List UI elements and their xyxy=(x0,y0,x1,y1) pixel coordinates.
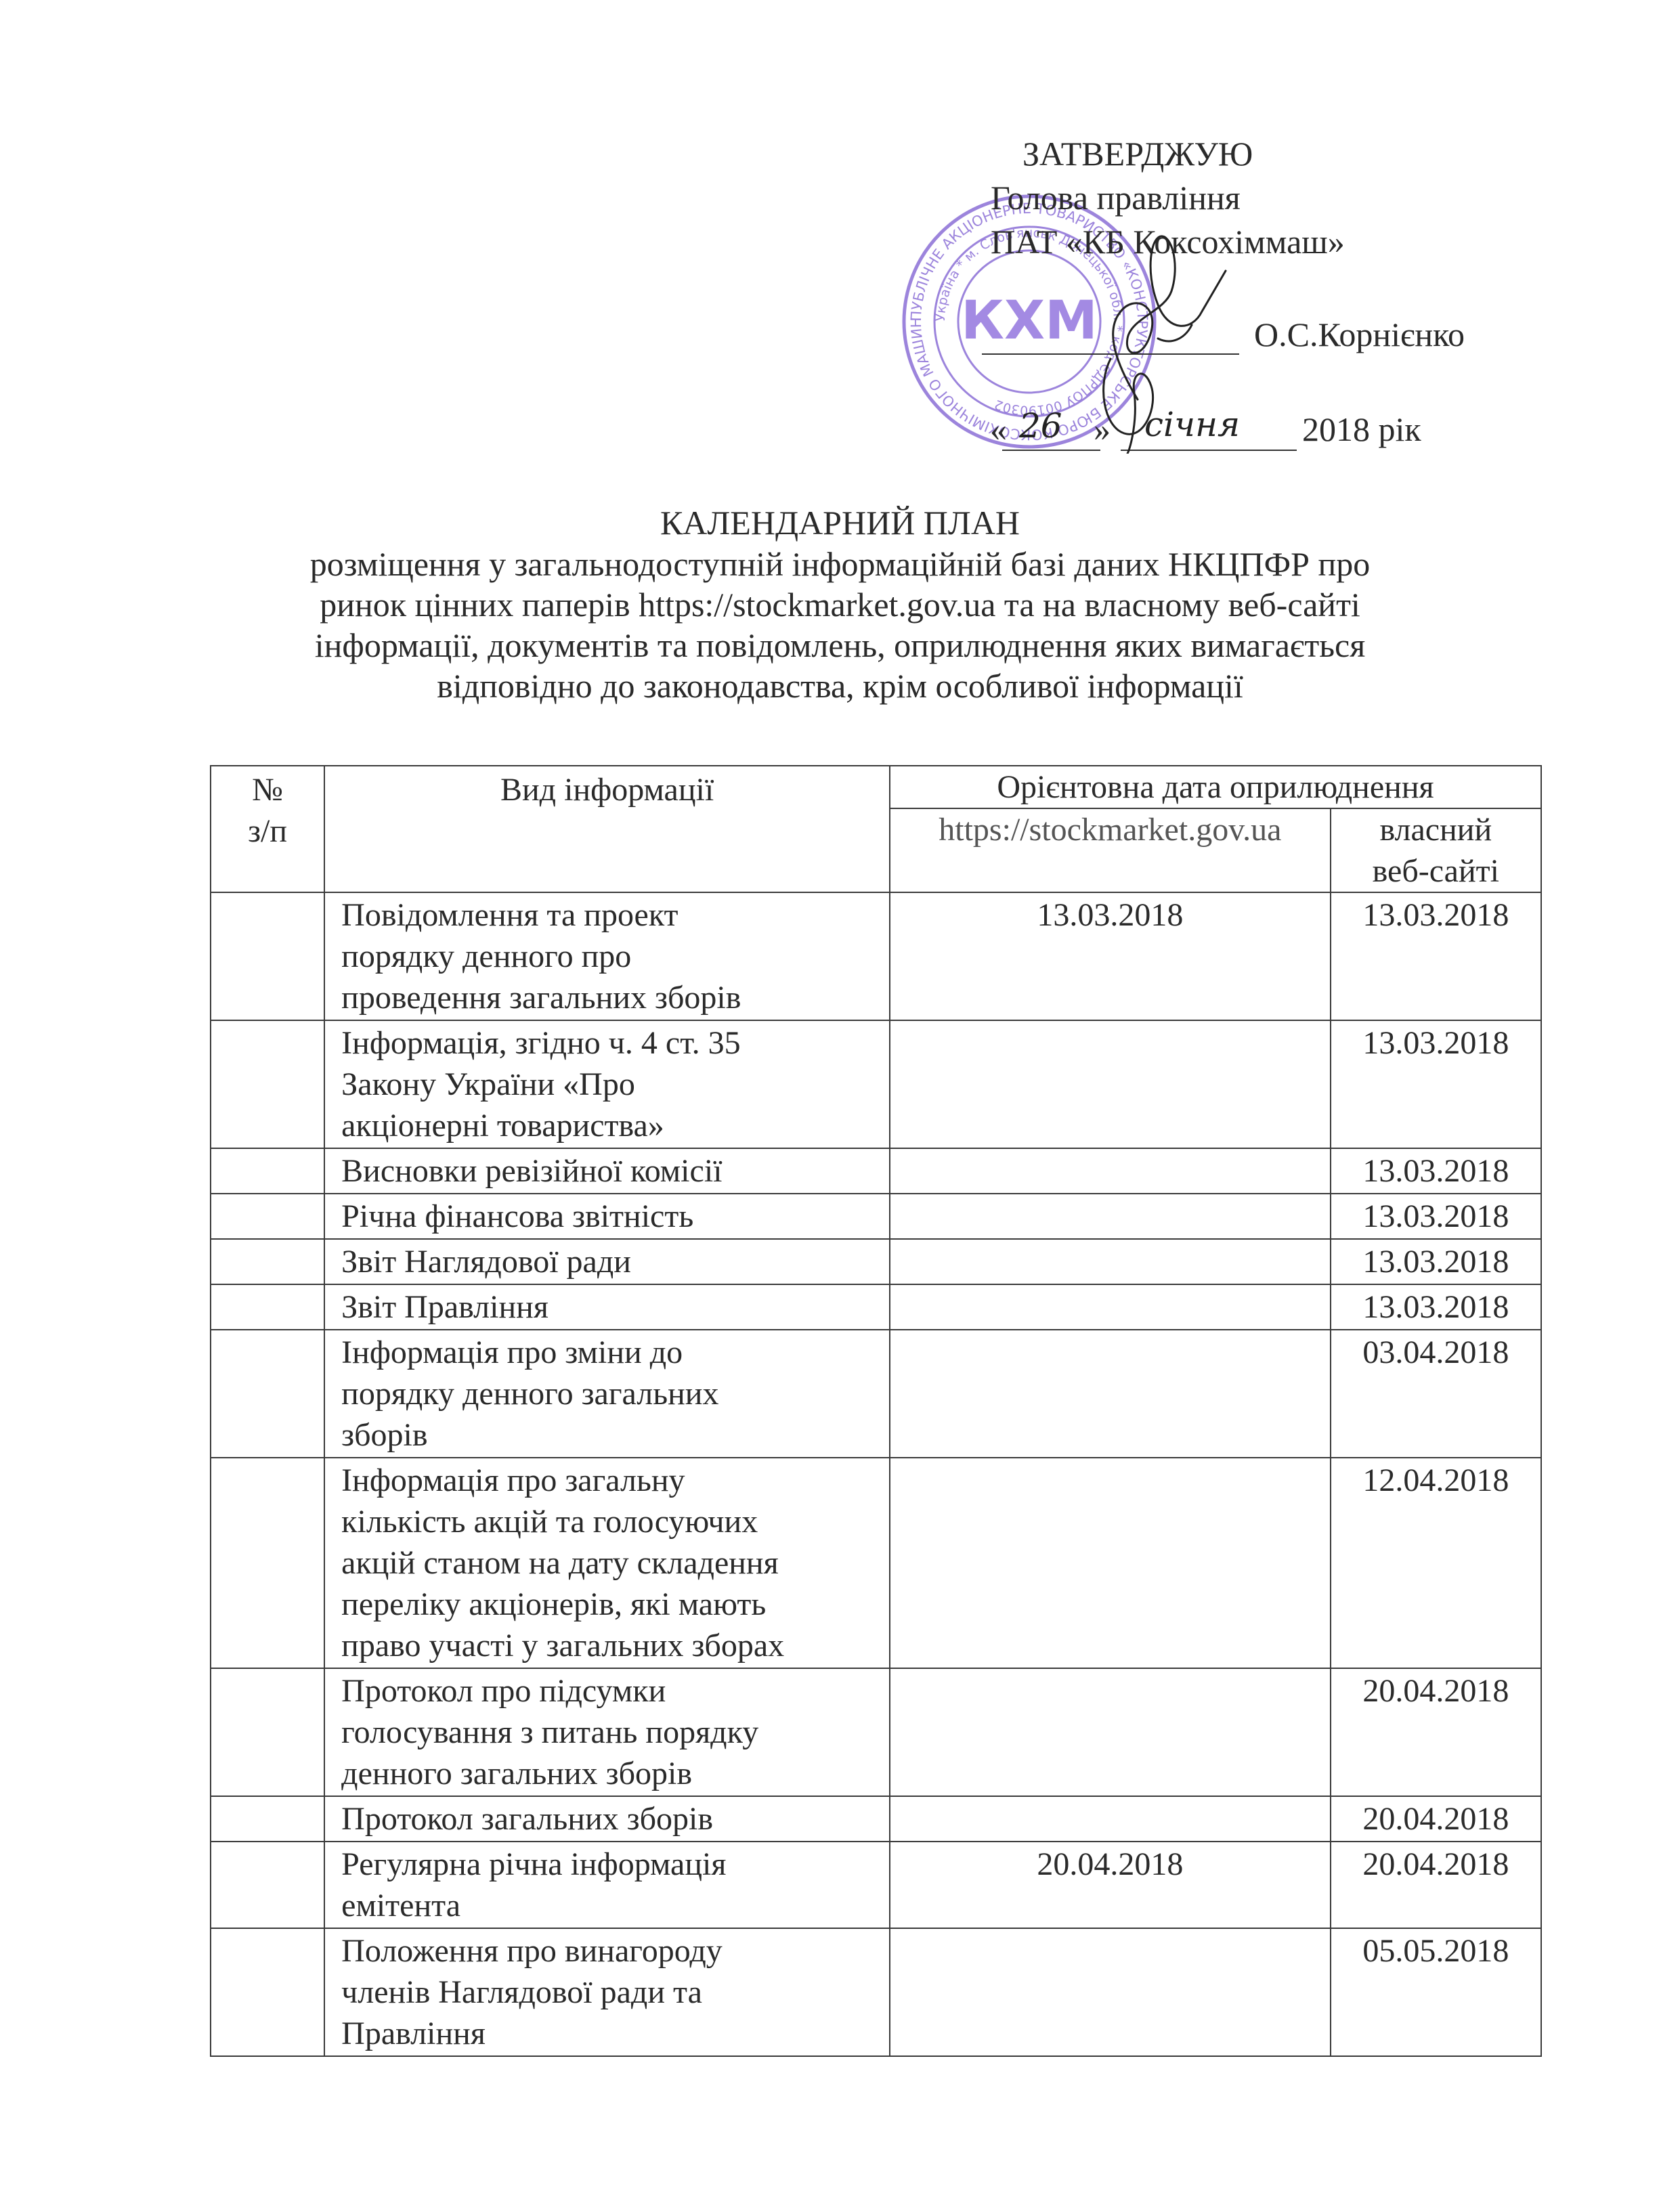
calendar-plan-table: № з/п Вид інформації Орієнтовна дата опр… xyxy=(210,765,1542,2057)
header-number-line2: з/п xyxy=(211,810,324,852)
cell-info-type-line: акціонерні товариства» xyxy=(341,1105,889,1146)
cell-info-type: Звіт Наглядової ради xyxy=(324,1239,890,1284)
table-row: Інформація про зміни допорядку денного з… xyxy=(211,1330,1541,1458)
table-row: Звіт Наглядової ради13.03.2018 xyxy=(211,1239,1541,1284)
cell-own-site-date: 20.04.2018 xyxy=(1331,1796,1541,1842)
cell-info-type-line: денного загальних зборів xyxy=(341,1753,889,1794)
cell-info-type: Протокол загальних зборів xyxy=(324,1796,890,1842)
cell-own-site-date: 13.03.2018 xyxy=(1331,892,1541,1020)
header-number-line1: № xyxy=(211,766,324,810)
table-row: Положення про винагородучленів Наглядово… xyxy=(211,1928,1541,2056)
cell-own-site-date: 13.03.2018 xyxy=(1331,1284,1541,1330)
table-row: Звіт Правління13.03.2018 xyxy=(211,1284,1541,1330)
cell-number xyxy=(211,892,324,1020)
cell-info-type-line: Висновки ревізійної комісії xyxy=(341,1150,889,1192)
cell-info-type: Регулярна річна інформаціяемітента xyxy=(324,1842,890,1928)
header-own-site-line1: власний xyxy=(1331,809,1541,850)
cell-info-type: Інформація про зміни допорядку денного з… xyxy=(324,1330,890,1458)
cell-own-site-date: 20.04.2018 xyxy=(1331,1842,1541,1928)
cell-info-type-line: порядку денного загальних xyxy=(341,1373,889,1414)
cell-info-type: Інформація про загальнукількість акцій т… xyxy=(324,1458,890,1668)
document-subtitle-line-3: інформації, документів та повідомлень, о… xyxy=(0,625,1680,666)
cell-number xyxy=(211,1796,324,1842)
cell-info-type-line: порядку денного про xyxy=(341,936,889,977)
cell-number xyxy=(211,1928,324,2056)
date-year: 2018 рік xyxy=(1302,409,1421,450)
cell-own-site-date: 05.05.2018 xyxy=(1331,1928,1541,2056)
document-subtitle-line-4: відповідно до законодавства, крім особли… xyxy=(0,666,1680,706)
cell-info-type-line: Інформація, згідно ч. 4 ст. 35 xyxy=(341,1022,889,1064)
document-title: КАЛЕНДАРНИЙ ПЛАН xyxy=(0,502,1680,543)
cell-info-type-line: Повідомлення та проект xyxy=(341,894,889,936)
cell-info-type-line: акцій станом на дату складення xyxy=(341,1542,889,1584)
cell-number xyxy=(211,1330,324,1458)
cell-number xyxy=(211,1020,324,1148)
cell-stockmarket-date: 13.03.2018 xyxy=(890,892,1331,1020)
date-open-quote: « xyxy=(990,409,1007,450)
cell-stockmarket-date: 20.04.2018 xyxy=(890,1842,1331,1928)
cell-info-type: Висновки ревізійної комісії xyxy=(324,1148,890,1194)
table-row: Висновки ревізійної комісії13.03.2018 xyxy=(211,1148,1541,1194)
header-own-site-line2: веб-сайті xyxy=(1331,850,1541,892)
cell-number xyxy=(211,1284,324,1330)
cell-info-type-line: право участі у загальних зборах xyxy=(341,1625,889,1666)
table-row: Річна фінансова звітність13.03.2018 xyxy=(211,1194,1541,1239)
cell-info-type-line: Регулярна річна інформація xyxy=(341,1844,889,1885)
cell-info-type: Інформація, згідно ч. 4 ст. 35Закону Укр… xyxy=(324,1020,890,1148)
cell-own-site-date: 13.03.2018 xyxy=(1331,1148,1541,1194)
table-row: Повідомлення та проектпорядку денного пр… xyxy=(211,892,1541,1020)
document-subtitle-line-1: розміщення у загальнодоступній інформаці… xyxy=(0,544,1680,584)
cell-info-type: Положення про винагородучленів Наглядово… xyxy=(324,1928,890,2056)
cell-stockmarket-date xyxy=(890,1330,1331,1458)
cell-info-type: Повідомлення та проектпорядку денного пр… xyxy=(324,892,890,1020)
cell-stockmarket-date xyxy=(890,1458,1331,1668)
cell-info-type-line: Річна фінансова звітність xyxy=(341,1196,889,1237)
cell-stockmarket-date xyxy=(890,1284,1331,1330)
table-row: Інформація, згідно ч. 4 ст. 35Закону Укр… xyxy=(211,1020,1541,1148)
cell-number xyxy=(211,1148,324,1194)
cell-info-type-line: переліку акціонерів, які мають xyxy=(341,1584,889,1625)
cell-info-type-line: Правління xyxy=(341,2013,889,2054)
cell-stockmarket-date xyxy=(890,1148,1331,1194)
cell-stockmarket-date xyxy=(890,1020,1331,1148)
cell-info-type-line: емітента xyxy=(341,1885,889,1926)
cell-info-type-line: членів Наглядової ради та xyxy=(341,1972,889,2013)
cell-number xyxy=(211,1239,324,1284)
table-row: Регулярна річна інформаціяемітента20.04.… xyxy=(211,1842,1541,1928)
header-number: № з/п xyxy=(211,766,324,892)
cell-stockmarket-date xyxy=(890,1796,1331,1842)
approval-heading: ЗАТВЕРДЖУЮ xyxy=(1022,133,1253,174)
cell-info-type: Звіт Правління xyxy=(324,1284,890,1330)
cell-info-type-line: Положення про винагороду xyxy=(341,1930,889,1972)
cell-info-type-line: кількість акцій та голосуючих xyxy=(341,1501,889,1542)
cell-info-type: Річна фінансова звітність xyxy=(324,1194,890,1239)
cell-info-type-line: Протокол загальних зборів xyxy=(341,1798,889,1840)
cell-own-site-date: 13.03.2018 xyxy=(1331,1020,1541,1148)
cell-info-type-line: голосування з питань порядку xyxy=(341,1712,889,1753)
cell-stockmarket-date xyxy=(890,1928,1331,2056)
cell-own-site-date: 13.03.2018 xyxy=(1331,1194,1541,1239)
header-own-site: власний веб-сайті xyxy=(1331,808,1541,892)
approval-position: Голова правління xyxy=(991,177,1241,218)
cell-info-type-line: Звіт Наглядової ради xyxy=(341,1241,889,1282)
cell-info-type-line: Закону України «Про xyxy=(341,1064,889,1105)
cell-number xyxy=(211,1194,324,1239)
cell-info-type-line: Протокол про підсумки xyxy=(341,1670,889,1712)
table-body: Повідомлення та проектпорядку денного пр… xyxy=(211,892,1541,2056)
table-row: Протокол загальних зборів20.04.2018 xyxy=(211,1796,1541,1842)
header-stockmarket: https://stockmarket.gov.ua xyxy=(890,808,1331,892)
cell-info-type-line: зборів xyxy=(341,1414,889,1456)
table-row: Інформація про загальнукількість акцій т… xyxy=(211,1458,1541,1668)
document-subtitle-line-2: ринок цінних паперів https://stockmarket… xyxy=(0,584,1680,625)
cell-stockmarket-date xyxy=(890,1668,1331,1796)
approval-signatory: О.С.Корнієнко xyxy=(1254,314,1465,355)
cell-info-type-line: Звіт Правління xyxy=(341,1286,889,1328)
cell-own-site-date: 12.04.2018 xyxy=(1331,1458,1541,1668)
table-row: Протокол про підсумкиголосування з питан… xyxy=(211,1668,1541,1796)
cell-own-site-date: 03.04.2018 xyxy=(1331,1330,1541,1458)
cell-stockmarket-date xyxy=(890,1194,1331,1239)
cell-own-site-date: 13.03.2018 xyxy=(1331,1239,1541,1284)
cell-number xyxy=(211,1458,324,1668)
header-date-group: Орієнтовна дата оприлюднення xyxy=(890,766,1541,808)
cell-number xyxy=(211,1668,324,1796)
cell-stockmarket-date xyxy=(890,1239,1331,1284)
cell-own-site-date: 20.04.2018 xyxy=(1331,1668,1541,1796)
cell-info-type-line: Інформація про зміни до xyxy=(341,1332,889,1373)
cell-info-type-line: проведення загальних зборів xyxy=(341,977,889,1018)
header-type: Вид інформації xyxy=(324,766,890,892)
signature xyxy=(1056,230,1232,454)
cell-info-type-line: Інформація про загальну xyxy=(341,1460,889,1501)
cell-number xyxy=(211,1842,324,1928)
cell-info-type: Протокол про підсумкиголосування з питан… xyxy=(324,1668,890,1796)
